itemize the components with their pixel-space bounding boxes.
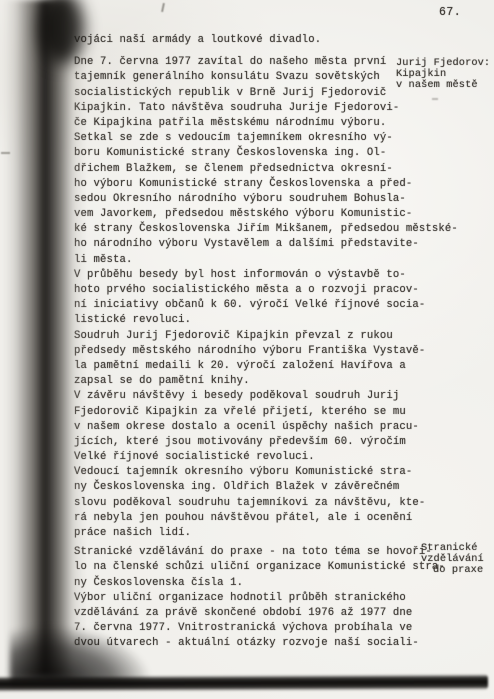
body-line: če Kipajkina patřila městskému národnímu… <box>74 116 474 131</box>
paragraph: Vedoucí tajemník okresního výboru Komuni… <box>74 465 474 541</box>
body-line: dřichem Blažkem, se členem předsednictva… <box>74 162 474 177</box>
body-line: la pamětní medaili k 20. výročí založení… <box>74 359 474 374</box>
body-line: předsedy městského národního výboru Fran… <box>74 344 474 359</box>
body-line: sedou Okresního národního výboru soudruh… <box>74 192 474 207</box>
body-line: vzdělávání za právě skončené období 1976… <box>74 606 474 621</box>
scan-speck <box>1 152 10 154</box>
body-line: zapsal se do pamětní knihy. <box>74 374 474 389</box>
binding-shadow <box>4 0 86 676</box>
paragraph: V závěru návštěvy i besedy poděkoval sou… <box>74 389 474 465</box>
paragraph: Soudruh Jurij Fjedorovič Kipajkin převza… <box>74 329 474 390</box>
margin-note-line: v našem městě <box>396 80 490 91</box>
body-line: Kipajkin. Tato návštěva soudruha Jurije … <box>74 101 474 116</box>
body-line: ho národního výboru Vystavělem a dalšími… <box>74 237 474 252</box>
paragraph: vojáci naší armády a loutkové divadlo. <box>74 33 474 48</box>
body-line: ho výboru Komunistické strany Českoslove… <box>74 177 474 192</box>
body-line: ny Československa čísla 1. <box>74 576 474 591</box>
body-line: ny Československa ing. Oldřich Blažek v … <box>74 480 474 495</box>
body-line: práce našich lidí. <box>74 526 474 541</box>
body-line: Výbor uliční organizace hodnotil průběh … <box>74 591 474 606</box>
body-line: hoto prvého socialistického města a o ro… <box>74 283 474 298</box>
body-line: V průběhu besedy byl host informován o v… <box>74 268 474 283</box>
paragraph: V průběhu besedy byl host informován o v… <box>74 268 474 329</box>
body-line: v našem okrese dostalo a ocenil úspěchy … <box>74 420 474 435</box>
page-number: 67. <box>439 6 461 19</box>
scan-speck <box>432 98 438 100</box>
body-line: Fjedorovič Kipajkin za vřelé přijetí, kt… <box>74 405 474 420</box>
body-line: V závěru návštěvy i besedy poděkoval sou… <box>74 389 474 404</box>
body-line: Vedoucí tajemník okresního výboru Komuni… <box>74 465 474 480</box>
paragraph: Stranické vzdělávání do praxe - na toto … <box>74 545 474 591</box>
body-line: ké strany Československa Jiřím Mikšanem,… <box>74 222 474 237</box>
scan-speck <box>161 3 165 12</box>
body-line: jících, které jsou motivovány především … <box>74 435 474 450</box>
scanned-page: 67. vojáci naší armády a loutkové divadl… <box>0 0 494 699</box>
body-line: Stranické vzdělávání do praxe - na toto … <box>74 545 474 560</box>
body-line: vojáci naší armády a loutkové divadlo. <box>74 33 474 48</box>
body-line: ní iniciativy občanů k 60. výročí Velké … <box>74 298 474 313</box>
body-line: rá nebyla jen pouhou návštěvou přátel, a… <box>74 511 474 526</box>
bottom-scan-bar <box>0 674 488 692</box>
body-line: slovu poděkoval soudruhu tajemníkovi za … <box>74 496 474 511</box>
body-line: lo na členské schůzi uliční organizace K… <box>74 560 474 575</box>
margin-note: Stranickévzdělávánído praxe <box>421 543 484 577</box>
body-line: Setkal se zde s vedoucím tajemníkem okre… <box>74 131 474 146</box>
margin-note: Jurij Fjedorov:Kipajkinv našem městě <box>396 58 490 92</box>
body-line: boru Komunistické strany Československa … <box>74 146 474 161</box>
body-line: vem Javorkem, předsedou městského výboru… <box>74 207 474 222</box>
body-line: Velké říjnové socialistické revoluci. <box>74 450 474 465</box>
margin-note-line: do praxe <box>433 565 484 576</box>
body-line: li města. <box>74 253 474 268</box>
body-text: vojáci naší armády a loutkové divadlo.Dn… <box>74 33 474 652</box>
body-line: listické revoluci. <box>74 313 474 328</box>
body-line: Soudruh Jurij Fjedorovič Kipajkin převza… <box>74 329 474 344</box>
